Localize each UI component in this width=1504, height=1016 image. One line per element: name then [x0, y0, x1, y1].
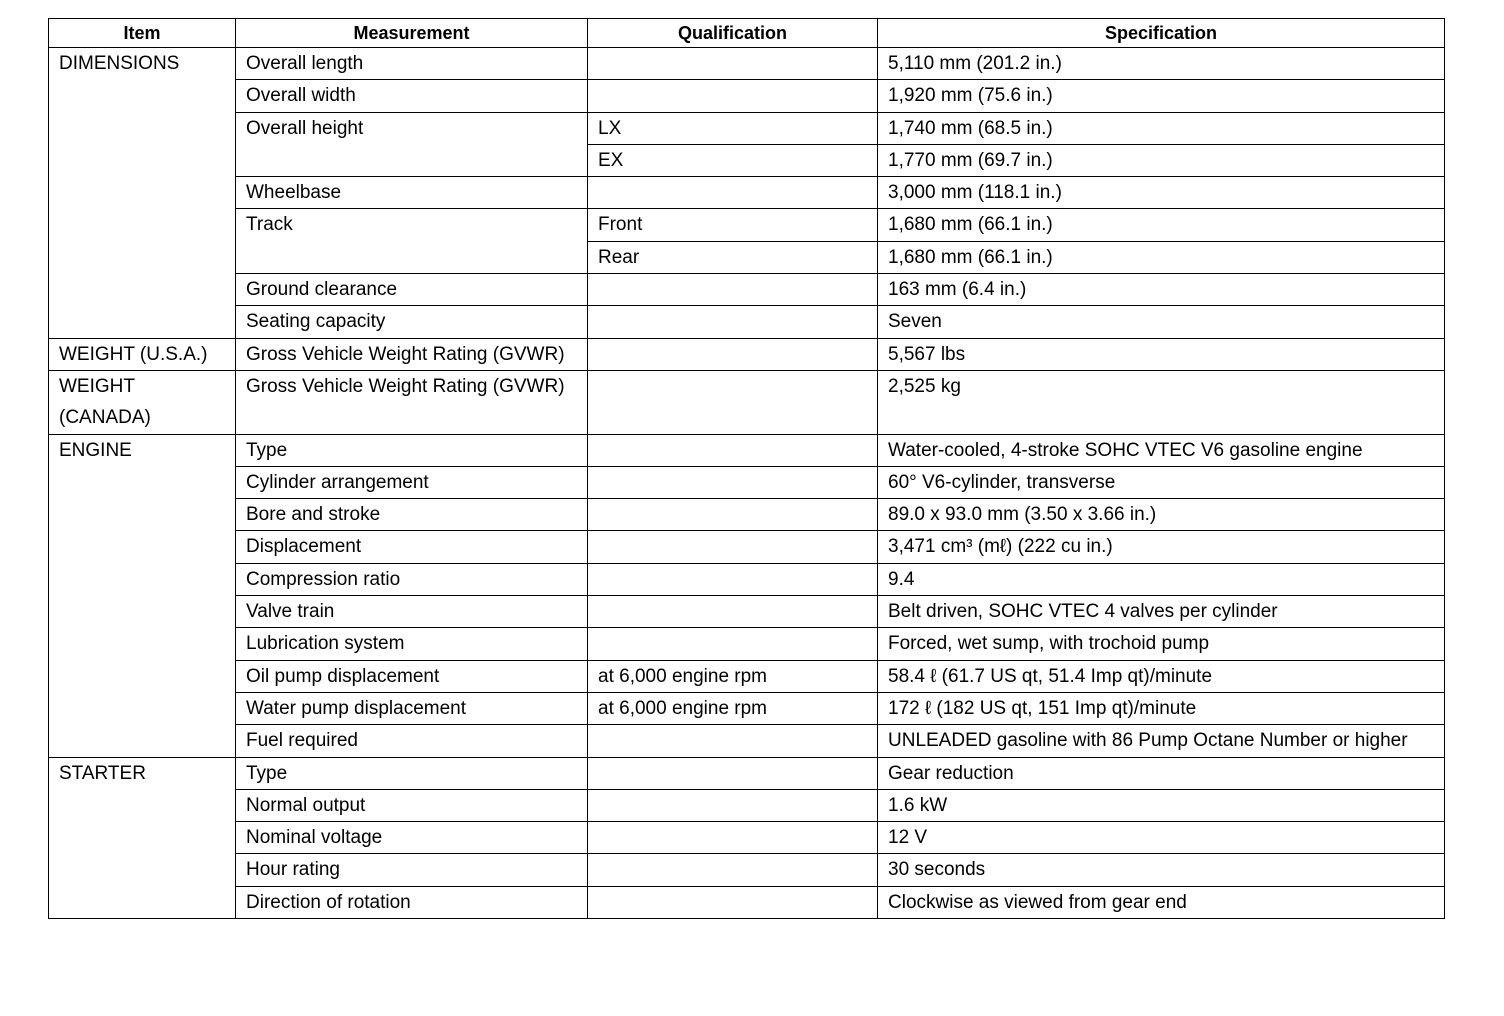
- header-row: Item Measurement Qualification Specifica…: [49, 19, 1445, 48]
- measurement-cell: Displacement: [236, 531, 588, 563]
- table-row: Ground clearance163 mm (6.4 in.): [49, 274, 1445, 306]
- qualification-cell: [588, 338, 878, 370]
- specification-cell: 2,525 kg: [878, 370, 1445, 434]
- table-row: Overall width1,920 mm (75.6 in.): [49, 80, 1445, 112]
- specification-cell: 58.4 ℓ (61.7 US qt, 51.4 Imp qt)/minute: [878, 660, 1445, 692]
- qualification-cell: [588, 725, 878, 757]
- table-row: Cylinder arrangement60° V6-cylinder, tra…: [49, 466, 1445, 498]
- qualification-cell: [588, 434, 878, 466]
- header-item: Item: [49, 19, 236, 48]
- table-row: Valve trainBelt driven, SOHC VTEC 4 valv…: [49, 596, 1445, 628]
- qualification-cell: [588, 80, 878, 112]
- specification-cell: 3,471 cm³ (mℓ) (222 cu in.): [878, 531, 1445, 563]
- measurement-cell: Compression ratio: [236, 563, 588, 595]
- qualification-cell: Rear: [588, 241, 878, 273]
- specification-cell: 1,680 mm (66.1 in.): [878, 209, 1445, 241]
- measurement-cell: Overall height: [236, 112, 588, 177]
- table-row: STARTERTypeGear reduction: [49, 757, 1445, 789]
- header-measurement: Measurement: [236, 19, 588, 48]
- specification-cell: 89.0 x 93.0 mm (3.50 x 3.66 in.): [878, 499, 1445, 531]
- measurement-cell: Direction of rotation: [236, 886, 588, 918]
- specification-cell: 1,920 mm (75.6 in.): [878, 80, 1445, 112]
- qualification-cell: EX: [588, 144, 878, 176]
- measurement-cell: Valve train: [236, 596, 588, 628]
- specification-cell: UNLEADED gasoline with 86 Pump Octane Nu…: [878, 725, 1445, 757]
- qualification-cell: [588, 274, 878, 306]
- specification-cell: Clockwise as viewed from gear end: [878, 886, 1445, 918]
- qualification-cell: [588, 822, 878, 854]
- specification-cell: Gear reduction: [878, 757, 1445, 789]
- table-row: Compression ratio9.4: [49, 563, 1445, 595]
- qualification-cell: [588, 499, 878, 531]
- table-row: ENGINETypeWater-cooled, 4-stroke SOHC VT…: [49, 434, 1445, 466]
- specification-cell: 9.4: [878, 563, 1445, 595]
- measurement-cell: Type: [236, 757, 588, 789]
- measurement-cell: Normal output: [236, 789, 588, 821]
- table-row: Oil pump displacementat 6,000 engine rpm…: [49, 660, 1445, 692]
- qualification-cell: [588, 757, 878, 789]
- table-row: Lubrication systemForced, wet sump, with…: [49, 628, 1445, 660]
- qualification-cell: [588, 370, 878, 434]
- table-row: Nominal voltage12 V: [49, 822, 1445, 854]
- measurement-cell: Water pump displacement: [236, 692, 588, 724]
- table-row: DIMENSIONSOverall length5,110 mm (201.2 …: [49, 48, 1445, 80]
- table-row: Seating capacitySeven: [49, 306, 1445, 338]
- specification-cell: 60° V6-cylinder, transverse: [878, 466, 1445, 498]
- qualification-cell: [588, 596, 878, 628]
- measurement-cell: Ground clearance: [236, 274, 588, 306]
- specifications-table: Item Measurement Qualification Specifica…: [48, 18, 1445, 919]
- measurement-cell: Bore and stroke: [236, 499, 588, 531]
- qualification-cell: [588, 628, 878, 660]
- specification-cell: 1,740 mm (68.5 in.): [878, 112, 1445, 144]
- measurement-cell: Wheelbase: [236, 177, 588, 209]
- qualification-cell: [588, 886, 878, 918]
- qualification-cell: [588, 466, 878, 498]
- table-row: Overall heightLX1,740 mm (68.5 in.): [49, 112, 1445, 144]
- specification-cell: 5,567 lbs: [878, 338, 1445, 370]
- qualification-cell: [588, 306, 878, 338]
- specification-cell: 5,110 mm (201.2 in.): [878, 48, 1445, 80]
- measurement-cell: Cylinder arrangement: [236, 466, 588, 498]
- measurement-cell: Type: [236, 434, 588, 466]
- table-row: WEIGHT (CANADA)Gross Vehicle Weight Rati…: [49, 370, 1445, 434]
- specification-cell: 1.6 kW: [878, 789, 1445, 821]
- measurement-cell: Overall length: [236, 48, 588, 80]
- specification-cell: 163 mm (6.4 in.): [878, 274, 1445, 306]
- qualification-cell: Front: [588, 209, 878, 241]
- specification-cell: Seven: [878, 306, 1445, 338]
- specification-cell: 30 seconds: [878, 854, 1445, 886]
- measurement-cell: Gross Vehicle Weight Rating (GVWR): [236, 370, 588, 434]
- qualification-cell: at 6,000 engine rpm: [588, 660, 878, 692]
- measurement-cell: Hour rating: [236, 854, 588, 886]
- measurement-cell: Seating capacity: [236, 306, 588, 338]
- item-cell: ENGINE: [49, 434, 236, 757]
- measurement-cell: Gross Vehicle Weight Rating (GVWR): [236, 338, 588, 370]
- qualification-cell: [588, 854, 878, 886]
- table-row: Fuel requiredUNLEADED gasoline with 86 P…: [49, 725, 1445, 757]
- item-cell: WEIGHT (CANADA): [49, 370, 236, 434]
- table-row: WEIGHT (U.S.A.)Gross Vehicle Weight Rati…: [49, 338, 1445, 370]
- qualification-cell: at 6,000 engine rpm: [588, 692, 878, 724]
- item-cell: DIMENSIONS: [49, 48, 236, 339]
- table-row: Hour rating30 seconds: [49, 854, 1445, 886]
- qualification-cell: [588, 48, 878, 80]
- specification-cell: Forced, wet sump, with trochoid pump: [878, 628, 1445, 660]
- table-row: TrackFront1,680 mm (66.1 in.): [49, 209, 1445, 241]
- table-row: Direction of rotationClockwise as viewed…: [49, 886, 1445, 918]
- item-cell: WEIGHT (U.S.A.): [49, 338, 236, 370]
- table-row: Bore and stroke89.0 x 93.0 mm (3.50 x 3.…: [49, 499, 1445, 531]
- table-row: Wheelbase3,000 mm (118.1 in.): [49, 177, 1445, 209]
- specification-cell: 12 V: [878, 822, 1445, 854]
- specification-cell: 1,770 mm (69.7 in.): [878, 144, 1445, 176]
- specification-cell: Belt driven, SOHC VTEC 4 valves per cyli…: [878, 596, 1445, 628]
- measurement-cell: Fuel required: [236, 725, 588, 757]
- measurement-cell: Lubrication system: [236, 628, 588, 660]
- qualification-cell: LX: [588, 112, 878, 144]
- measurement-cell: Track: [236, 209, 588, 274]
- qualification-cell: [588, 563, 878, 595]
- header-specification: Specification: [878, 19, 1445, 48]
- qualification-cell: [588, 177, 878, 209]
- specification-cell: 3,000 mm (118.1 in.): [878, 177, 1445, 209]
- measurement-cell: Oil pump displacement: [236, 660, 588, 692]
- table-row: Displacement3,471 cm³ (mℓ) (222 cu in.): [49, 531, 1445, 563]
- qualification-cell: [588, 531, 878, 563]
- specifications-body: DIMENSIONSOverall length5,110 mm (201.2 …: [49, 48, 1445, 919]
- table-row: Normal output1.6 kW: [49, 789, 1445, 821]
- specification-cell: 1,680 mm (66.1 in.): [878, 241, 1445, 273]
- specification-cell: Water-cooled, 4-stroke SOHC VTEC V6 gaso…: [878, 434, 1445, 466]
- table-row: Water pump displacementat 6,000 engine r…: [49, 692, 1445, 724]
- measurement-cell: Overall width: [236, 80, 588, 112]
- item-cell: STARTER: [49, 757, 236, 918]
- specification-cell: 172 ℓ (182 US qt, 151 Imp qt)/minute: [878, 692, 1445, 724]
- header-qualification: Qualification: [588, 19, 878, 48]
- measurement-cell: Nominal voltage: [236, 822, 588, 854]
- qualification-cell: [588, 789, 878, 821]
